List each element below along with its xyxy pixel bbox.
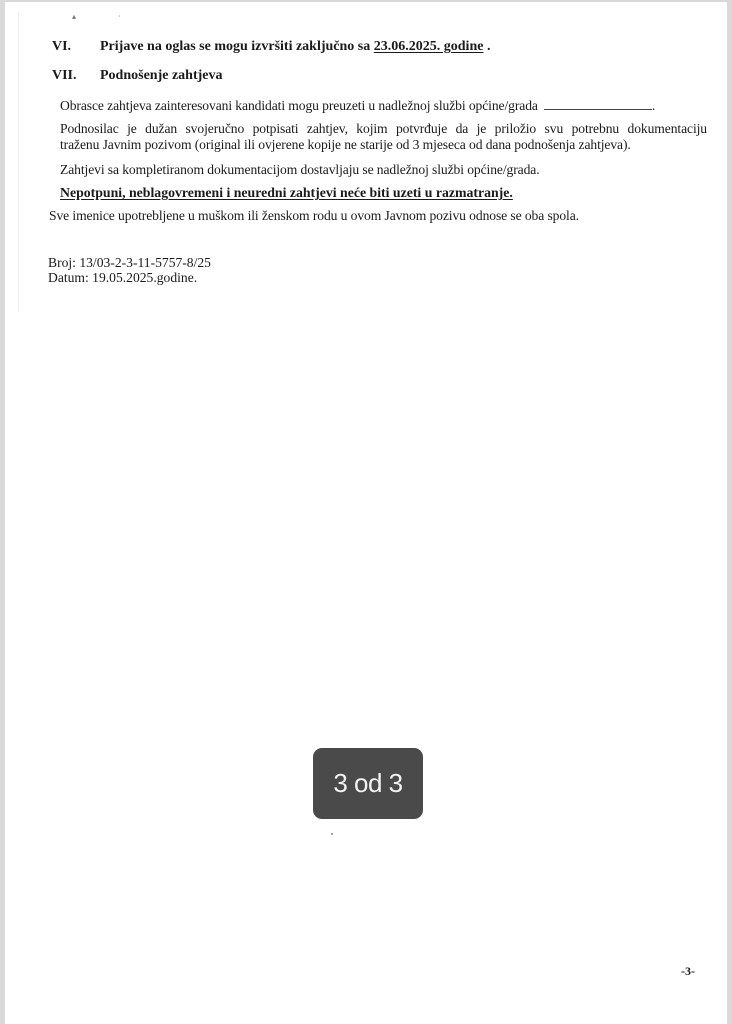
- section-vi-text: Prijave na oglas se mogu izvršiti zaklju…: [100, 39, 490, 55]
- paragraph-forms-text: Obrasce zahtjeva zainteresovani kandidat…: [60, 98, 538, 113]
- section-vii-numeral: VII.: [52, 68, 77, 84]
- paragraph-incomplete-warning: Nepotpuni, neblagovremeni i neuredni zah…: [60, 185, 513, 201]
- page-footer-number: -3-: [681, 964, 695, 979]
- blank-fill-line: [544, 97, 652, 110]
- document-date: Datum: 19.05.2025.godine.: [48, 270, 197, 285]
- section-vi-numeral: VI.: [52, 39, 71, 55]
- paragraph-forms: Obrasce zahtjeva zainteresovani kandidat…: [60, 97, 655, 114]
- scan-dot: [331, 833, 333, 835]
- paragraph-signature-line1: Podnosilac je dužan svojeručno potpisati…: [60, 121, 707, 137]
- blank-suffix: .: [652, 98, 655, 113]
- scan-artifact-line: [18, 12, 19, 312]
- application-deadline-date: 23.06.2025. godine: [374, 39, 484, 54]
- section-vi-text-after: .: [483, 39, 490, 54]
- document-page: ▴· VI. Prijave na oglas se mogu izvršiti…: [5, 2, 727, 1024]
- gender-note: Sve imenice upotrebljene u muškom ili že…: [49, 208, 579, 224]
- page-indicator-badge: 3 od 3: [313, 748, 423, 819]
- paragraph-submission: Zahtjevi sa kompletiranom dokumentacijom…: [60, 162, 540, 178]
- scan-specks: ▴·: [72, 12, 163, 21]
- section-vi-text-before: Prijave na oglas se mogu izvršiti zaklju…: [100, 39, 374, 54]
- reference-number: Broj: 13/03-2-3-11-5757-8/25: [48, 255, 211, 270]
- section-vii-title: Podnošenje zahtjeva: [100, 68, 223, 84]
- paragraph-signature-line2: traženu Javnim pozivom (original ili ovj…: [60, 137, 631, 153]
- page-indicator-text: 3 od 3: [333, 768, 402, 799]
